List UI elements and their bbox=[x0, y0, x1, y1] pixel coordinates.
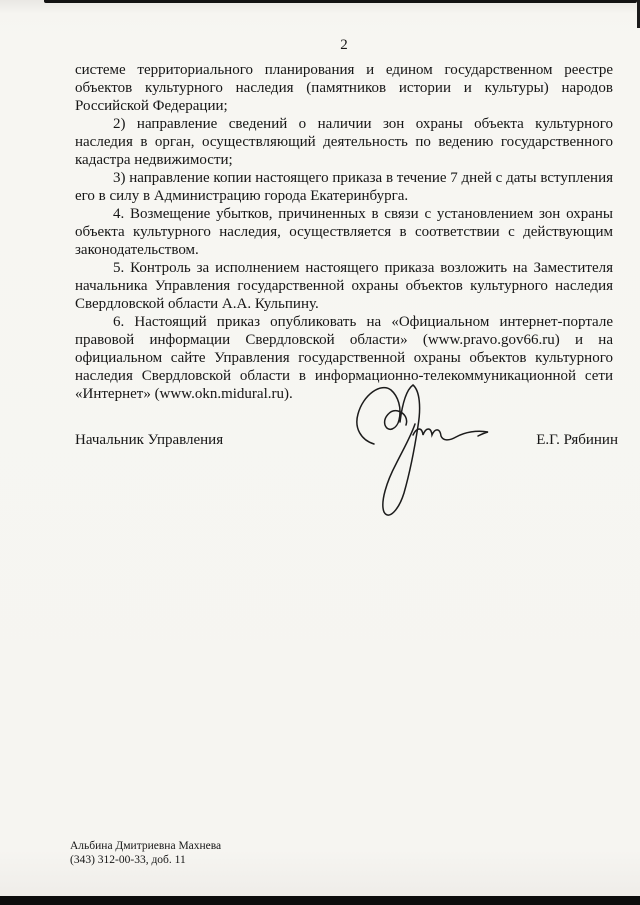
page-number: 2 bbox=[75, 37, 613, 54]
scanned-document-page: 2 системе территориального планирования … bbox=[0, 0, 640, 905]
scan-artifact-bottom-edge bbox=[0, 896, 640, 905]
executor-name: Альбина Дмитриевна Махнева bbox=[70, 840, 221, 854]
paragraph-item-2: 2) направление сведений о наличии зон ох… bbox=[75, 115, 613, 169]
scan-artifact-top-edge bbox=[44, 0, 637, 3]
signer-position-title: Начальник Управления bbox=[75, 431, 223, 449]
document-body: системе территориального планирования и … bbox=[75, 61, 613, 403]
paragraph-continuation: системе территориального планирования и … bbox=[75, 61, 613, 115]
signer-name: Е.Г. Рябинин bbox=[536, 431, 618, 449]
paragraph-item-5: 5. Контроль за исполнением настоящего пр… bbox=[75, 259, 613, 313]
handwritten-signature-icon bbox=[328, 378, 498, 528]
executor-contact-block: Альбина Дмитриевна Махнева (343) 312-00-… bbox=[70, 840, 221, 867]
paragraph-item-4: 4. Возмещение убытков, причиненных в свя… bbox=[75, 205, 613, 259]
executor-phone: (343) 312-00-33, доб. 11 bbox=[70, 854, 221, 868]
paragraph-item-3: 3) направление копии настоящего приказа … bbox=[75, 169, 613, 205]
